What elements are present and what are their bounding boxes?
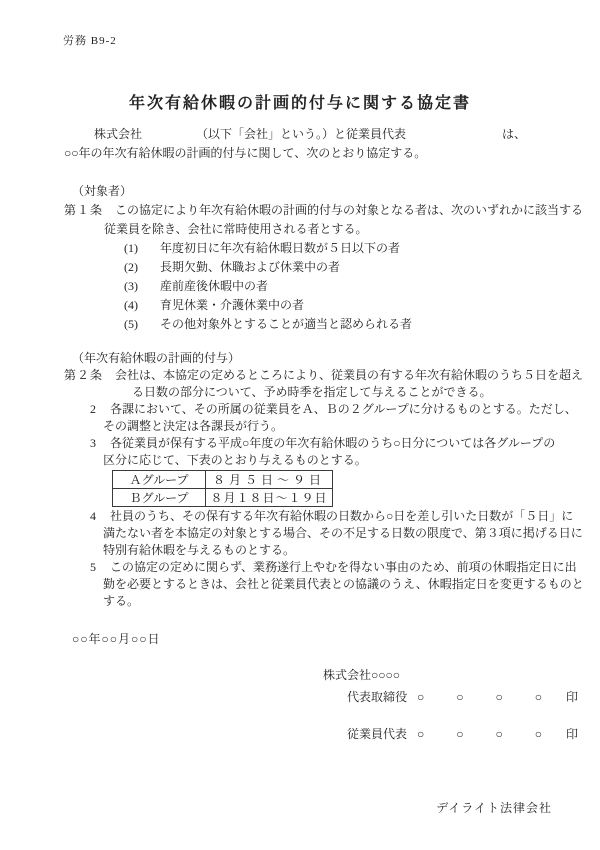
list-item: (5)その他対象外とすることが適当と認められる者: [64, 315, 570, 334]
item-number: (5): [64, 315, 148, 334]
paragraph-5-line-3: する。: [64, 593, 570, 610]
paragraph-2-number: 2: [64, 401, 110, 418]
paragraph-5-text: この協定の定めに関らず、業務遂行上やむを得ない事由のため、前項の休暇指定日に出: [110, 560, 577, 574]
preamble-line-1: 株式会社 （以下「会社」という。）と従業員代表 は、: [64, 125, 560, 144]
article-2-text: 会社は、本協定の定めるところにより、従業員の有する年次有給休暇のうち５日を超え: [115, 368, 583, 382]
article-1-text: この協定により年次有給休暇の計画的付与の対象となる者は、次のいずれかに該当する: [115, 203, 583, 217]
list-item: (2)長期欠勤、休職および休業中の者: [64, 258, 570, 277]
company-name: 株式会社○○○○: [323, 666, 578, 684]
signature-row: 代表取締役○ ○ ○ ○印: [323, 688, 578, 705]
paragraph-3-line-2: 区分に応じて、下表のとおり与えるものとする。: [64, 452, 570, 469]
item-number: (2): [64, 258, 148, 277]
paragraph-2-line-2: その調整と決定は各課長が行う。: [64, 418, 570, 435]
list-item: (1)年度初日に年次有給休暇日数が５日以下の者: [64, 239, 570, 258]
signature-row: 従業員代表○ ○ ○ ○印: [323, 725, 578, 742]
leave-schedule-table: Ａグループ ８月５日～９日 Ｂグループ ８月１８日～１９日: [112, 470, 333, 507]
period-cell: ８月１８日～１９日: [206, 489, 333, 507]
paragraph-2-line-1: 2各課において、その所属の従業員をＡ、Ｂの２グループに分けるものとする。ただし、: [64, 401, 570, 418]
paragraph-3-line-1: 3各従業員が保有する平成○年度の年次有給休暇のうち○日分については各グループの: [64, 435, 570, 452]
list-item: (3)産前産後休暇中の者: [64, 277, 570, 296]
period-cell: ８月５日～９日: [206, 471, 333, 489]
item-text: 長期欠勤、休職および休業中の者: [160, 260, 340, 274]
paragraph-3-number: 3: [64, 435, 110, 452]
list-item: (4)育児休業・介護休業中の者: [64, 296, 570, 315]
article-1-line-1: 第１条この協定により年次有給休暇の計画的付与の対象となる者は、次のいずれかに該当…: [64, 201, 570, 220]
signer-name-placeholder: ○ ○ ○ ○: [417, 727, 552, 741]
signature-block: 株式会社○○○○ 代表取締役○ ○ ○ ○印 従業員代表○ ○ ○ ○印: [323, 666, 578, 742]
document-page: 労務 B9-2 年次有給休暇の計画的付与に関する協定書 株式会社 （以下「会社」…: [0, 0, 600, 850]
publisher-credit: デイライト法律会社: [436, 799, 552, 816]
item-text: その他対象外とすることが適当と認められる者: [160, 317, 412, 331]
article-1-label: 第１条: [64, 203, 103, 217]
paragraph-4-line-2: 満たない者を本協定の対象とする場合、その不足する日数の限度で、第３項に掲げる日に: [64, 525, 570, 542]
article-2-label: 第２条: [64, 368, 103, 382]
paragraph-5-line-1: 5この協定の定めに関らず、業務遂行上やむを得ない事由のため、前項の休暇指定日に出: [64, 559, 570, 576]
section-planned-grant-heading: （年次有給休暇の計画的付与）: [64, 349, 570, 367]
seal-mark: 印: [566, 690, 578, 704]
preamble: 株式会社 （以下「会社」という。）と従業員代表 は、 ○○年の年次有給休暇の計画…: [64, 125, 560, 163]
signer-role: 従業員代表: [347, 727, 407, 741]
paragraph-4-line-3: 特別有給休暇を与えるものとする。: [64, 542, 570, 559]
paragraph-3-text: 各従業員が保有する平成○年度の年次有給休暇のうち○日分については各グループの: [110, 436, 555, 450]
group-cell: Ａグループ: [113, 471, 206, 489]
item-text: 産前産後休暇中の者: [160, 279, 268, 293]
signer-name-placeholder: ○ ○ ○ ○: [417, 690, 552, 704]
group-cell: Ｂグループ: [113, 489, 206, 507]
item-text: 年度初日に年次有給休暇日数が５日以下の者: [160, 241, 400, 255]
paragraph-4-line-1: 4社員のうち、その保有する年次有給休暇の日数から○日を差し引いた日数が「５日」に: [64, 508, 570, 525]
paragraph-5-number: 5: [64, 559, 110, 576]
item-number: (4): [64, 296, 148, 315]
item-text: 育児休業・介護休業中の者: [160, 298, 304, 312]
paragraph-2-text: 各課において、その所属の従業員をＡ、Ｂの２グループに分けるものとする。ただし、: [110, 402, 577, 416]
section-targets: （対象者） 第１条この協定により年次有給休暇の計画的付与の対象となる者は、次のい…: [64, 182, 570, 334]
section-targets-heading: （対象者）: [64, 182, 570, 201]
doc-ref-number: 労務 B9-2: [63, 32, 117, 48]
signer-role: 代表取締役: [347, 690, 407, 704]
table-row: Ｂグループ ８月１８日～１９日: [113, 489, 333, 507]
item-number: (3): [64, 277, 148, 296]
item-number: (1): [64, 239, 148, 258]
section-planned-grant: （年次有給休暇の計画的付与） 第２条会社は、本協定の定めるところにより、従業員の…: [64, 349, 570, 610]
paragraph-4-text: 社員のうち、その保有する年次有給休暇の日数から○日を差し引いた日数が「５日」に: [110, 509, 573, 523]
agreement-date: ○○年○○月○○日: [72, 630, 161, 647]
doc-title: 年次有給休暇の計画的付与に関する協定書: [0, 90, 600, 113]
table-row: Ａグループ ８月５日～９日: [113, 471, 333, 489]
paragraph-5-line-2: 勤を必要とするときは、会社と従業員代表との協議のうえ、休暇指定日を変更するものと: [64, 576, 570, 593]
article-1-line-2: 従業員を除き、会社に常時使用される者とする。: [64, 220, 570, 239]
paragraph-4-number: 4: [64, 508, 110, 525]
article-2-line-1: 第２条会社は、本協定の定めるところにより、従業員の有する年次有給休暇のうち５日を…: [64, 367, 570, 384]
seal-mark: 印: [566, 727, 578, 741]
preamble-line-2: ○○年の年次有給休暇の計画的付与に関して、次のとおり協定する。: [64, 144, 560, 163]
article-2-line-2: る日数の部分について、予め時季を指定して与えることができる。: [64, 384, 570, 401]
